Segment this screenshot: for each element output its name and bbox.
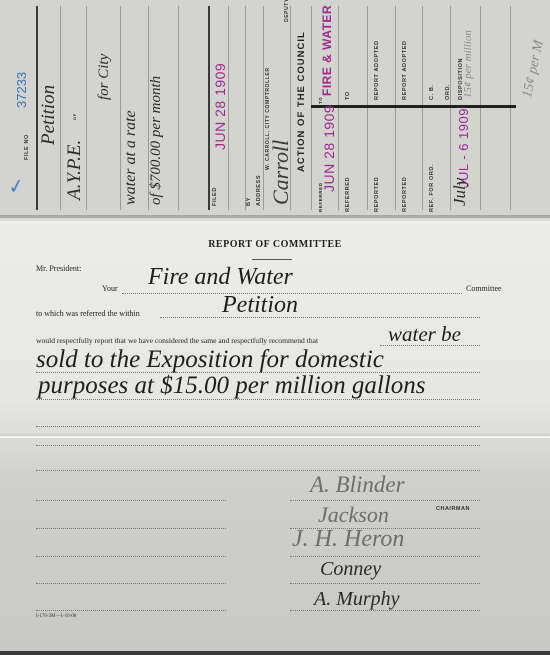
recommendation-line-3: purposes at $15.00 per million gallons xyxy=(38,372,426,400)
member-signature-4: A. Murphy xyxy=(314,588,400,611)
blank-line xyxy=(36,528,226,529)
divider xyxy=(208,6,210,210)
by-label: BY xyxy=(246,197,252,206)
chairman-signature: A. Blinder xyxy=(310,472,405,498)
file-no-label: FILE NO xyxy=(24,134,30,160)
chairman-label: CHAIRMAN xyxy=(436,506,470,512)
subject-line-2: water at a rate xyxy=(122,110,140,205)
council-divider xyxy=(311,105,516,108)
your-label: Your xyxy=(102,284,118,293)
july-handwritten: July xyxy=(450,178,470,206)
blank-line xyxy=(36,583,226,584)
divider xyxy=(367,6,368,210)
referred-label: to which was referred the within xyxy=(36,309,140,318)
address-label: ADDRESS xyxy=(256,175,262,206)
disposition-date-stamp: JUL - 6 1909 xyxy=(456,108,471,188)
signature-line xyxy=(290,583,480,584)
blank-line xyxy=(36,500,226,501)
ref-for-ord-label: REF. FOR ORD. xyxy=(429,164,435,212)
paper-fold xyxy=(0,436,550,438)
report-adopted-label-1: REPORT ADOPTED xyxy=(374,40,380,100)
divider xyxy=(480,6,481,210)
cb-label: C. B. xyxy=(429,84,435,100)
check-mark-icon: ✓ xyxy=(6,173,27,201)
ord-label: ORD. xyxy=(445,84,451,100)
reported-label-1: REPORTED xyxy=(374,177,380,212)
deputy-label: DEPUTY xyxy=(284,0,290,22)
member-signature-3: Conney xyxy=(320,558,381,581)
file-tab-panel: ✓ FILE NO 37233 Petition OF A.Y.P.E. for… xyxy=(0,0,550,218)
filed-label: FILED xyxy=(212,187,218,206)
divider xyxy=(245,6,246,210)
divider xyxy=(228,6,229,210)
divider xyxy=(120,6,121,210)
to-label-1: TO xyxy=(318,97,323,104)
blank-line xyxy=(36,556,226,557)
reported-label-2: REPORTED xyxy=(402,177,408,212)
petition-title: Petition xyxy=(38,85,60,145)
disposition-value: 15¢ per million xyxy=(462,30,474,98)
form-number: I-176-3M—1-16-08 xyxy=(36,614,76,619)
referred-to-stamp: FIRE & WATER xyxy=(320,5,334,96)
committee-name: Fire and Water xyxy=(148,264,293,291)
subject-line-3: of $700.00 per month xyxy=(148,76,165,205)
title-underline xyxy=(252,259,292,260)
divider xyxy=(86,6,87,210)
salutation: Mr. President: xyxy=(36,264,81,273)
referred-label-2: REFERRED xyxy=(345,177,351,212)
bottom-edge xyxy=(0,651,550,655)
committee-label: Committee xyxy=(466,284,502,293)
divider xyxy=(178,6,179,210)
comptroller-signature: Carroll xyxy=(268,140,294,205)
file-number: 37233 xyxy=(14,72,29,108)
action-heading: ACTION OF THE COUNCIL xyxy=(296,31,307,172)
divider xyxy=(311,6,312,210)
divider xyxy=(263,6,264,210)
divider xyxy=(395,6,396,210)
recommend-label: would respectfully report that we have c… xyxy=(36,336,318,345)
report-title: REPORT OF COMMITTEE xyxy=(0,239,550,250)
margin-note: 15¢ per M xyxy=(520,39,548,99)
filed-date-stamp: JUN 28 1909 xyxy=(212,63,228,150)
petitioner-name: A.Y.P.E. xyxy=(64,140,86,200)
recommendation-line-1: water be xyxy=(388,322,461,347)
member-signature-1: Jackson xyxy=(318,502,389,528)
member-signature-2: J. H. Heron xyxy=(292,526,404,553)
to-label-2: TO xyxy=(345,91,351,100)
referred-line xyxy=(160,317,480,318)
signature-line xyxy=(290,500,480,501)
report-adopted-label-2: REPORT ADOPTED xyxy=(402,40,408,100)
subject-line-1: for City xyxy=(96,54,113,100)
divider xyxy=(338,6,339,210)
signature-line xyxy=(290,556,480,557)
divider xyxy=(510,6,511,210)
divider xyxy=(422,6,423,210)
blank-line xyxy=(36,610,226,611)
divider xyxy=(60,6,61,210)
blank-line xyxy=(36,445,480,446)
blank-line xyxy=(36,470,480,471)
recommendation-line-2: sold to the Exposition for domestic xyxy=(36,346,384,374)
referred-item: Petition xyxy=(222,292,298,319)
referred-date-stamp: JUN 28 1909 xyxy=(321,105,337,192)
of-label: OF xyxy=(72,113,77,120)
blank-line xyxy=(36,426,480,427)
